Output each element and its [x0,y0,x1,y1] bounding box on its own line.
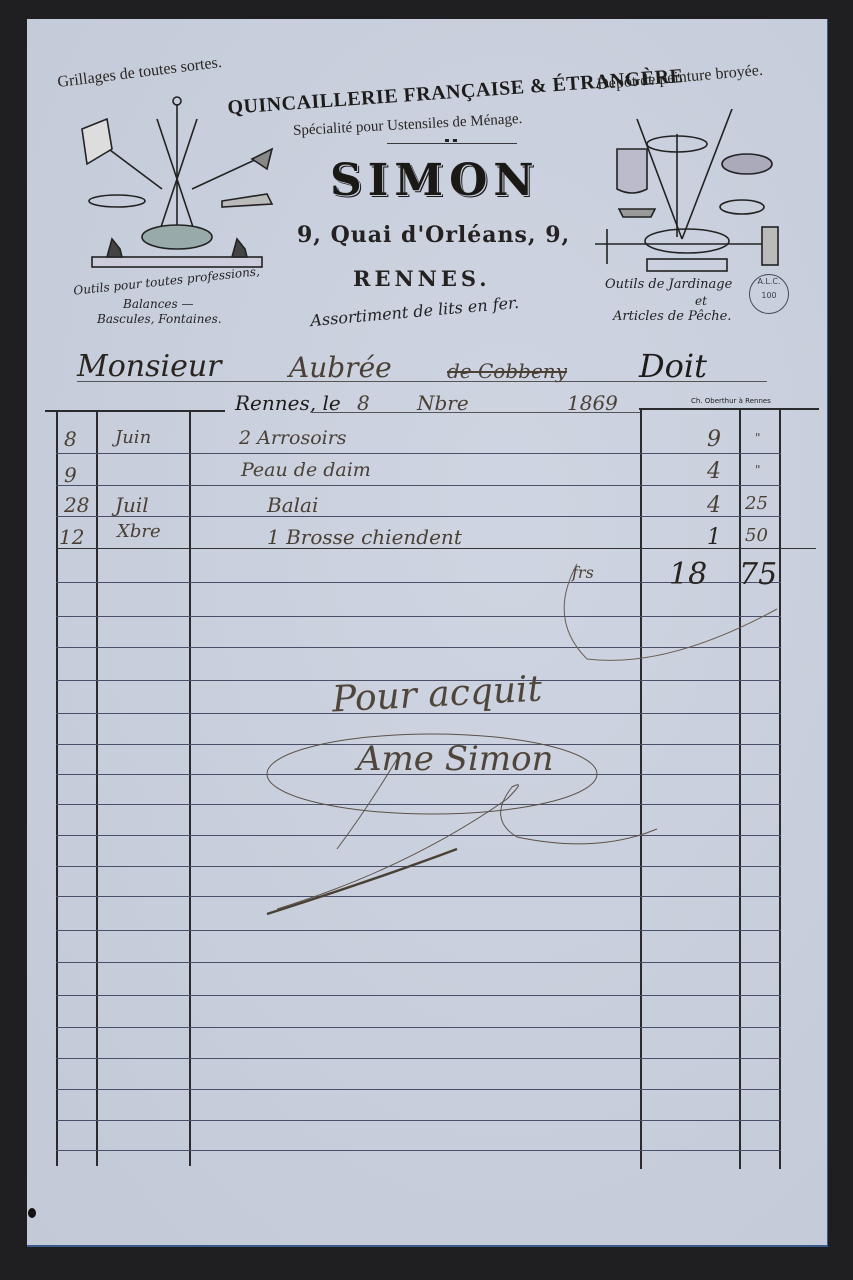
addressee-name: Aubrée [289,351,392,384]
assortment-line: Assortiment de lits en fer. [310,293,520,330]
specialty-line: Spécialité pour Ustensiles de Ménage. [293,111,523,140]
row-rule [56,1058,781,1059]
hardware-tools-illustration-icon [72,89,282,279]
column-rule-5 [739,409,741,1169]
divider-dots [445,139,457,146]
row-rule [56,1150,781,1151]
invoice-row-4: 12 Xbre 1 Brosse chiendent 1 50 [27,525,827,551]
row-francs: 4 [707,493,721,518]
invoice-paper: Grillages de toutes sortes. Dépôt de pei… [27,19,828,1247]
kitchenware-illustration-icon [587,89,787,279]
row-rule [56,995,781,996]
table-top-rule-right [639,408,819,410]
bottom-right-caption-1: Outils de Jardinage [605,277,732,292]
row-centimes: 25 [745,493,768,514]
row-rule [56,453,781,454]
row-description: Peau de daim [241,459,371,481]
row-month: Juil [115,493,149,517]
column-rule-6 [779,409,781,1169]
row-day: 28 [64,493,89,517]
binder-hole [28,1208,36,1218]
table-top-rule-left [45,410,225,412]
merchant-city: RENNES. [353,266,491,291]
total-flourish-icon [547,559,807,669]
row-centimes: " [755,463,761,477]
printer-credit: Ch. Oberthur à Rennes [691,397,771,405]
addressee-struck: de Cobbeny [447,359,567,383]
row-month: Xbre [117,521,161,542]
row-day: 8 [64,427,77,451]
bottom-right-caption-3: Articles de Pêche. [613,309,731,324]
row-rule [56,1120,781,1121]
bottom-left-caption-3: Bascules, Fontaines. [97,312,222,326]
row-centimes: " [755,431,761,445]
bottom-left-caption-2: Balances — [123,297,194,311]
row-rule [56,1027,781,1028]
bottom-right-caption-2: et [695,294,707,308]
row-rule [56,1089,781,1090]
owes-label: Doit [639,347,707,385]
row-description: Balai [267,493,318,517]
stamp-text: A.L.C. 100 [757,277,780,300]
signature-flourish-icon [257,719,697,919]
row-description: 1 Brosse chiendent [267,525,462,549]
addressee-prefix: Monsieur [77,349,222,384]
row-day: 12 [59,525,84,549]
row-rule [56,962,781,963]
row-day: 9 [64,463,77,487]
row-centimes: 50 [745,525,768,546]
row-rule [56,930,781,931]
top-left-caption: Grillages de toutes sortes. [57,54,223,92]
postmark-stamp: A.L.C. 100 [749,274,789,314]
row-francs: 1 [707,525,721,550]
row-rule [56,485,781,486]
merchant-name: SIMON [330,155,540,206]
invoice-row-3: 28 Juil Balai 4 25 [27,493,827,519]
row-francs: 9 [707,427,721,452]
row-month: Juin [115,427,151,448]
row-francs: 4 [707,459,721,484]
date-underline [312,412,642,413]
merchant-address: 9, Quai d'Orléans, 9, [297,222,570,248]
invoice-row-2: 9 Peau de daim 4 " [27,459,827,485]
row-description: 2 Arrosoirs [239,427,347,449]
invoice-row-1: 8 Juin 2 Arrosoirs 9 " [27,427,827,453]
